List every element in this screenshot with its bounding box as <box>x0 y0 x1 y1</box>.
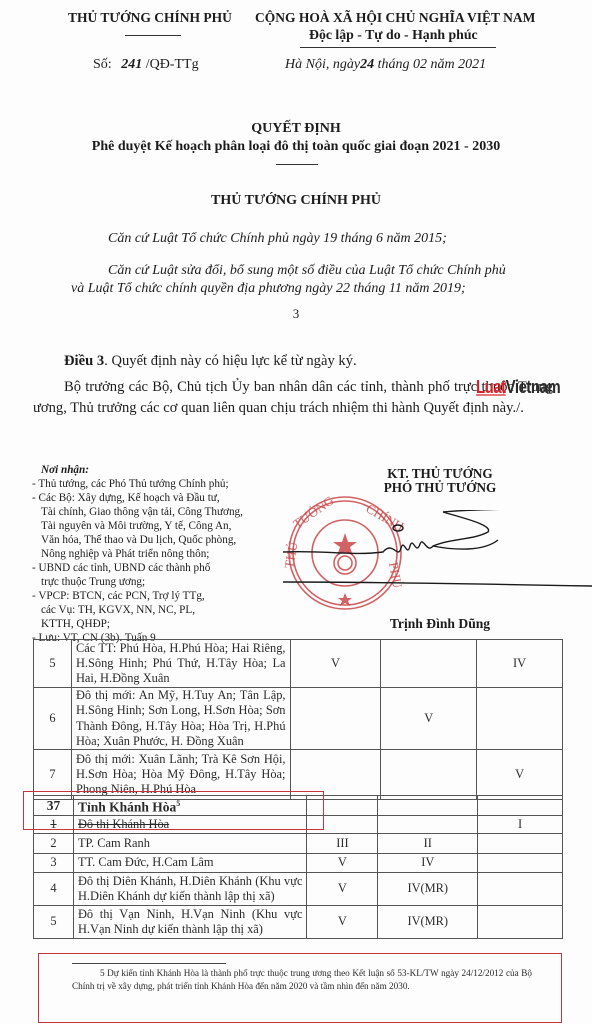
preamble-line-1: Căn cứ Luật Tổ chức Chính phủ ngày 19 th… <box>108 231 447 247</box>
row-class-2025: II <box>378 834 478 854</box>
row-urban-area: Đô thị Diên Khánh, H.Diên Khánh (Khu vực… <box>73 873 307 906</box>
row-class-2025 <box>381 750 477 800</box>
table-row: 5Các TT: Phú Hòa, H.Phú Hòa; Hai Riêng, … <box>34 640 563 688</box>
row-class-current: III <box>307 834 378 854</box>
row-class-2030 <box>478 906 563 939</box>
watermark-part2: Vietnam <box>506 377 561 398</box>
row-urban-area: TP. Cam Ranh <box>73 834 307 854</box>
preamble-line-3: và Luật Tổ chức chính quyền địa phương n… <box>71 281 466 297</box>
row-class-2025: IV <box>378 854 478 873</box>
row-class-2025 <box>378 816 478 834</box>
row-class-current <box>290 688 381 750</box>
row-number: 3 <box>34 854 74 873</box>
recipients-heading: Nơi nhận: <box>32 463 243 477</box>
watermark-part1: Luat <box>476 377 506 398</box>
number-suffix: /QĐ-TTg <box>146 57 199 72</box>
issuer-name: THỦ TƯỚNG CHÍNH PHỦ <box>68 10 232 26</box>
signer-name: Trịnh Đình Dũng <box>340 616 540 632</box>
row-number: 2 <box>34 834 74 854</box>
table-row: 6Đô thị mới: An Mỹ, H.Tuy An; Tân Lập, H… <box>34 688 563 750</box>
signature-scribble-icon <box>283 510 592 600</box>
row-class-2025: IV(MR) <box>378 906 478 939</box>
country-name: CỘNG HOÀ XÃ HỘI CHỦ NGHĨA VIỆT NAM <box>255 10 535 26</box>
table-row: 4Đô thị Diên Khánh, H.Diên Khánh (Khu vự… <box>34 873 563 906</box>
issuer-underline <box>125 35 181 36</box>
recipient-line: - Thủ tướng, các Phó Thủ tướng Chính phủ… <box>32 477 243 491</box>
recipients-block: Nơi nhận: - Thủ tướng, các Phó Thủ tướng… <box>32 463 243 645</box>
page-number: 3 <box>0 306 592 322</box>
cell-empty <box>478 796 563 816</box>
recipient-line: - VPCP: BTCN, các PCN, Trợ lý TTg, <box>32 589 243 603</box>
row-class-2025 <box>381 640 477 688</box>
row-class-2030: I <box>478 816 563 834</box>
row-class-2030 <box>478 834 563 854</box>
preamble-line-2: Căn cứ Luật sửa đổi, bổ sung một số điều… <box>108 263 506 279</box>
decision-subtitle: Phê duyệt Kế hoạch phân loại đô thị toàn… <box>0 139 592 155</box>
row-number: 5 <box>34 640 72 688</box>
row-class-2025: V <box>381 688 477 750</box>
footnote-separator <box>72 963 226 964</box>
row-urban-area: Đô thị Vạn Ninh, H.Vạn Ninh (Khu vực H.V… <box>73 906 307 939</box>
recipient-line: trực thuộc Trung ương; <box>32 575 243 589</box>
authority-title: THỦ TƯỚNG CHÍNH PHỦ <box>0 193 592 209</box>
date-suffix: tháng 02 năm 2021 <box>374 57 486 72</box>
recipient-line: - UBND các tỉnh, UBND các thành phố <box>32 561 243 575</box>
article-text: . Quyết định này có hiệu lực kể từ ngày … <box>104 353 357 369</box>
article-3-paragraph: Bộ trưởng các Bộ, Chủ tịch Ủy ban nhân d… <box>33 377 553 419</box>
row-class-2030 <box>477 688 563 750</box>
row-class-2030 <box>478 873 563 906</box>
table-row: 2TP. Cam RanhIIIII <box>34 834 563 854</box>
row-urban-area: Các TT: Phú Hòa, H.Phú Hòa; Hai Riêng, H… <box>71 640 290 688</box>
urban-classification-table-upper: 5Các TT: Phú Hòa, H.Phú Hòa; Hai Riêng, … <box>33 639 563 800</box>
recipient-line: Nông nghiệp và Phát triển nông thôn; <box>32 547 243 561</box>
recipients-list: - Thủ tướng, các Phó Thủ tướng Chính phủ… <box>32 477 243 645</box>
row-class-2030: IV <box>477 640 563 688</box>
national-motto: Độc lập - Tự do - Hạnh phúc <box>309 27 478 43</box>
row-class-2025: IV(MR) <box>378 873 478 906</box>
title-underline <box>276 164 318 165</box>
cell-empty <box>378 796 478 816</box>
row-class-2030 <box>478 854 563 873</box>
number-value: 241 <box>121 57 142 72</box>
date-prefix: Hà Nội, ngày <box>285 57 360 72</box>
decision-title: QUYẾT ĐỊNH <box>0 121 592 137</box>
motto-underline <box>300 47 496 48</box>
row-urban-area: Đô thị mới: An Mỹ, H.Tuy An; Tân Lập, H.… <box>71 688 290 750</box>
article-label: Điều 3 <box>64 353 104 369</box>
recipient-line: Tài nguyên và Môi trường, Y tế, Công An, <box>32 519 243 533</box>
row-class-current: V <box>307 906 378 939</box>
article-3-heading: Điều 3. Quyết định này có hiệu lực kể từ… <box>64 351 357 372</box>
date-day: 24 <box>360 57 374 72</box>
highlight-box-province <box>23 791 324 830</box>
row-class-current: V <box>290 640 381 688</box>
recipient-line: các Vụ: TH, KGVX, NN, NC, PL, <box>32 603 243 617</box>
recipient-line: KTTH, QHĐP; <box>32 617 243 631</box>
row-number: 4 <box>34 873 74 906</box>
recipient-line: - Các Bộ: Xây dựng, Kế hoạch và Đầu tư, <box>32 491 243 505</box>
row-number: 6 <box>34 688 72 750</box>
row-number: 5 <box>34 906 74 939</box>
row-class-current: V <box>307 854 378 873</box>
recipient-line: Tài chính, Giao thông vận tải, Công Thươ… <box>32 505 243 519</box>
number-label: Số: <box>93 57 112 72</box>
row-class-2030: V <box>477 750 563 800</box>
table-row: 5Đô thị Vạn Ninh, H.Vạn Ninh (Khu vực H.… <box>34 906 563 939</box>
recipient-line: Văn hóa, Thể thao và Du lịch, Quốc phòng… <box>32 533 243 547</box>
table-row: 3TT. Cam Đức, H.Cam LâmVIV <box>34 854 563 873</box>
document-number: Số: 241 /QĐ-TTg <box>93 57 199 73</box>
issue-date: Hà Nội, ngày24 tháng 02 năm 2021 <box>285 57 486 73</box>
row-urban-area: TT. Cam Đức, H.Cam Lâm <box>73 854 307 873</box>
row-class-current: V <box>307 873 378 906</box>
footnote-text: 5 Dự kiến tỉnh Khánh Hòa là thành phố tr… <box>72 967 532 992</box>
luatvietnam-watermark: LuatVietnam <box>476 377 560 398</box>
